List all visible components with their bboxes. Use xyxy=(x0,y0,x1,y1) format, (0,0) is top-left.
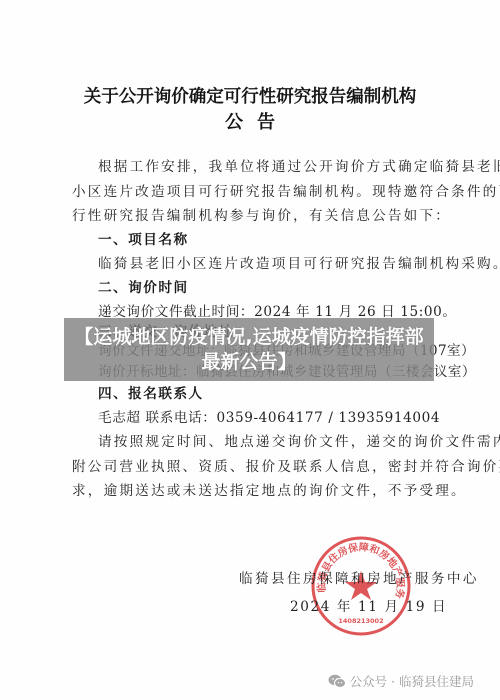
wechat-icon xyxy=(328,674,346,688)
section-heading-project-name: 一、项目名称 xyxy=(98,230,470,250)
closing-line-2: 附公司营业执照、资质、报价及联系人信息，密封并符合询价要 xyxy=(72,457,444,477)
section-line-project-name: 临猗县老旧小区连片改造项目可行研究报告编制机构采购。 xyxy=(98,254,470,274)
intro-line-3: 行性研究报告编制机构参与询价，有关信息公告如下： xyxy=(72,206,444,226)
intro-line-2: 小区连片改造项目可行研究报告编制机构。现特邀符合条件的可 xyxy=(72,182,444,202)
document-title: 关于公开询价确定可行性研究报告编制机构 xyxy=(0,86,500,108)
closing-line-3: 求，逾期送达或未送达指定地点的询价文件，不予受理。 xyxy=(72,481,444,501)
intro-line-1: 根据工作安排，我单位将通过公开询价方式确定临猗县老旧 xyxy=(98,157,470,177)
section-line-contact: 毛志超 联系电话：0359-4064177 / 13935914004 xyxy=(98,408,470,428)
document-subtitle: 公告 xyxy=(0,112,500,134)
section-heading-inquiry-time: 二、询价时间 xyxy=(98,278,470,298)
signature-date: 2024 年 11 月 19 日 xyxy=(290,595,447,615)
signature-organization: 临猗县住房保障和房地产服务中心 xyxy=(239,567,479,587)
headline-overlay-banner[interactable]: 【运城地区防疫情况,运城疫情防控指挥部最新公告】 xyxy=(64,318,434,381)
section-heading-contact: 四、报名联系人 xyxy=(98,384,470,404)
headline-overlay-text: 【运城地区防疫情况,运城疫情防控指挥部最新公告】 xyxy=(69,325,429,375)
document-page: 关于公开询价确定可行性研究报告编制机构 公告 根据工作安排，我单位将通过公开询价… xyxy=(0,0,500,700)
svg-text:1408213002: 1408213002 xyxy=(338,617,383,625)
source-label: 公众号 · 临猗县住建局 xyxy=(350,672,474,690)
closing-line-1: 请按照规定时间、地点递交询价文件，递交的询价文件需内 xyxy=(98,432,470,452)
source-footer[interactable]: 公众号 · 临猗县住建局 xyxy=(328,672,474,690)
